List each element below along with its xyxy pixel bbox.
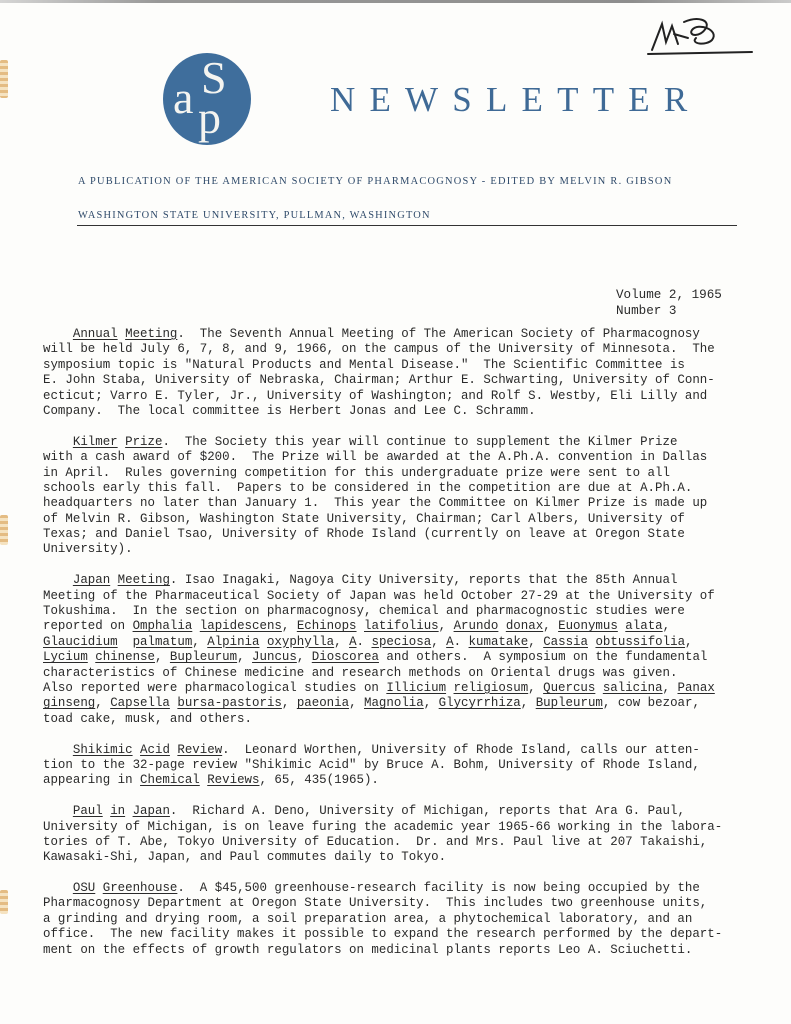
logo-letter-p: p: [198, 91, 221, 144]
asp-logo: a S p: [163, 53, 251, 145]
underlined-text: in: [110, 804, 125, 818]
text-segment: [43, 435, 73, 449]
text-segment: University).: [43, 542, 133, 556]
text-line: Texas; and Daniel Tsao, University of Rh…: [43, 527, 783, 542]
text-segment: [133, 743, 140, 757]
underlined-text: Omphalia: [133, 619, 193, 633]
text-segment: with a cash award of $200. The Prize wil…: [43, 450, 707, 464]
text-line: Shikimic Acid Review. Leonard Worthen, U…: [43, 743, 783, 758]
text-segment: Tokushima. In the section on pharmacogno…: [43, 604, 685, 618]
newsletter-body: Annual Meeting. The Seventh Annual Meeti…: [43, 327, 783, 973]
underlined-text: A: [349, 635, 356, 649]
underlined-text: Chemical: [140, 773, 200, 787]
underlined-text: Paul: [73, 804, 103, 818]
underlined-text: salicina: [603, 681, 663, 695]
text-segment: Kawasaki-Shi, Japan, and Paul commutes d…: [43, 850, 446, 864]
text-segment: [595, 681, 602, 695]
text-line: Annual Meeting. The Seventh Annual Meeti…: [43, 327, 783, 342]
text-segment: ,: [543, 619, 558, 633]
text-line: Kilmer Prize. The Society this year will…: [43, 435, 783, 450]
number-label: Number 3: [616, 304, 722, 320]
text-segment: ,: [237, 650, 252, 664]
text-segment: Meeting of the Pharmaceutical Society of…: [43, 589, 715, 603]
text-segment: tories of T. Abe, Tokyo University of Ed…: [43, 835, 707, 849]
paper-stain: [0, 515, 8, 545]
header-rule: [77, 225, 737, 226]
underlined-text: Greenhouse: [103, 881, 178, 895]
text-segment: [43, 881, 73, 895]
underlined-text: Echinops: [297, 619, 357, 633]
text-line: University).: [43, 542, 783, 557]
text-segment: [43, 327, 73, 341]
paragraph-kilmer-prize: Kilmer Prize. The Society this year will…: [43, 435, 783, 558]
underlined-text: Prize: [125, 435, 162, 449]
text-segment: E. John Staba, University of Nebraska, C…: [43, 373, 715, 387]
underlined-text: lapidescens: [200, 619, 282, 633]
text-segment: ,: [155, 650, 170, 664]
text-segment: schools early this fall. Papers to be co…: [43, 481, 692, 495]
text-line: Meeting of the Pharmaceutical Society of…: [43, 589, 783, 604]
underlined-text: Lycium: [43, 650, 88, 664]
text-line: ginseng, Capsella bursa-pastoris, paeoni…: [43, 696, 783, 711]
underlined-text: Cassia: [543, 635, 588, 649]
underlined-text: Illicium: [386, 681, 446, 695]
text-segment: ,: [521, 696, 536, 710]
underlined-text: ginseng: [43, 696, 95, 710]
text-segment: symposium topic is "Natural Products and…: [43, 358, 685, 372]
underlined-text: religiosum: [454, 681, 529, 695]
paragraph-japan-meeting: Japan Meeting. Isao Inagaki, Nagoya City…: [43, 573, 783, 727]
underlined-text: Alpinia: [207, 635, 259, 649]
university-line: WASHINGTON STATE UNIVERSITY, PULLMAN, WA…: [78, 210, 431, 221]
underlined-text: speciosa: [371, 635, 431, 649]
underlined-text: Dioscorea: [312, 650, 379, 664]
text-segment: . The Society this year will continue to…: [162, 435, 677, 449]
text-segment: ,: [685, 635, 692, 649]
newsletter-title: NEWSLETTER: [330, 80, 701, 120]
underlined-text: Juncus: [252, 650, 297, 664]
underlined-text: obtussifolia: [595, 635, 685, 649]
text-segment: Pharmacognosy Department at Oregon State…: [43, 896, 707, 910]
text-segment: Company. The local committee is Herbert …: [43, 404, 536, 418]
text-segment: [446, 681, 453, 695]
text-segment: ,: [528, 681, 543, 695]
text-line: E. John Staba, University of Nebraska, C…: [43, 373, 783, 388]
text-line: in April. Rules governing competition fo…: [43, 466, 783, 481]
text-segment: ,: [192, 635, 207, 649]
text-line: Japan Meeting. Isao Inagaki, Nagoya City…: [43, 573, 783, 588]
text-line: appearing in Chemical Reviews, 65, 435(1…: [43, 773, 783, 788]
text-segment: . The Seventh Annual Meeting of The Amer…: [177, 327, 699, 341]
text-line: Glaucidium palmatum, Alpinia oxyphylla, …: [43, 635, 783, 650]
text-line: will be held July 6, 7, 8, and 9, 1966, …: [43, 342, 783, 357]
page-top-edge: [0, 0, 791, 3]
text-line: toad cake, musk, and others.: [43, 712, 783, 727]
underlined-text: Bupleurum: [536, 696, 603, 710]
text-segment: [118, 327, 125, 341]
text-line: schools early this fall. Papers to be co…: [43, 481, 783, 496]
underlined-text: Meeting: [118, 573, 170, 587]
underlined-text: latifolius: [364, 619, 439, 633]
underlined-text: palmatum: [133, 635, 193, 649]
text-line: Kawasaki-Shi, Japan, and Paul commutes d…: [43, 850, 783, 865]
underlined-text: alata: [625, 619, 662, 633]
text-line: Paul in Japan. Richard A. Deno, Universi…: [43, 804, 783, 819]
underlined-text: Glaucidium: [43, 635, 118, 649]
text-line: symposium topic is "Natural Products and…: [43, 358, 783, 373]
text-segment: toad cake, musk, and others.: [43, 712, 252, 726]
text-line: Tokushima. In the section on pharmacogno…: [43, 604, 783, 619]
logo-letter-a: a: [173, 71, 193, 124]
text-line: ecticut; Varro E. Tyler, Jr., University…: [43, 389, 783, 404]
text-segment: ,: [334, 635, 349, 649]
text-segment: ,: [349, 696, 364, 710]
underlined-text: Kilmer: [73, 435, 118, 449]
underlined-text: Japan: [73, 573, 110, 587]
text-segment: appearing in: [43, 773, 140, 787]
text-segment: ment on the effects of growth regulators…: [43, 943, 692, 957]
underlined-text: Review: [177, 743, 222, 757]
text-segment: will be held July 6, 7, 8, and 9, 1966, …: [43, 342, 715, 356]
text-segment: [118, 635, 133, 649]
paragraph-annual-meeting: Annual Meeting. The Seventh Annual Meeti…: [43, 327, 783, 419]
text-segment: reported on: [43, 619, 133, 633]
text-line: reported on Omphalia lapidescens, Echino…: [43, 619, 783, 634]
underlined-text: Magnolia: [364, 696, 424, 710]
text-segment: [125, 804, 132, 818]
text-segment: characteristics of Chinese medicine and …: [43, 666, 677, 680]
underlined-text: Acid: [140, 743, 170, 757]
text-line: with a cash award of $200. The Prize wil…: [43, 450, 783, 465]
text-segment: , 65, 435(1965).: [259, 773, 378, 787]
text-segment: ,: [528, 635, 543, 649]
text-segment: [43, 743, 73, 757]
underlined-text: Japan: [133, 804, 170, 818]
underlined-text: Bupleurum: [170, 650, 237, 664]
text-segment: [498, 619, 505, 633]
underlined-text: donax: [506, 619, 543, 633]
text-segment: ecticut; Varro E. Tyler, Jr., University…: [43, 389, 707, 403]
text-line: headquarters no later than January 1. Th…: [43, 496, 783, 511]
text-segment: a grinding and drying room, a soil prepa…: [43, 912, 692, 926]
paper-stain: [0, 890, 8, 914]
issue-info: Volume 2, 1965Number 3: [616, 288, 722, 319]
text-segment: [259, 635, 266, 649]
text-segment: [192, 619, 199, 633]
paragraph-paul-in-japan: Paul in Japan. Richard A. Deno, Universi…: [43, 804, 783, 866]
text-segment: office. The new facility makes it possib…: [43, 927, 722, 941]
underlined-text: Reviews: [207, 773, 259, 787]
text-segment: [43, 804, 73, 818]
publication-line: A PUBLICATION OF THE AMERICAN SOCIETY OF…: [78, 176, 672, 187]
text-segment: tion to the 32-page review "Shikimic Aci…: [43, 758, 700, 772]
underlined-text: Euonymus: [558, 619, 618, 633]
text-segment: [118, 435, 125, 449]
underlined-text: Panax: [677, 681, 714, 695]
text-segment: [357, 619, 364, 633]
underlined-text: Quercus: [543, 681, 595, 695]
text-line: characteristics of Chinese medicine and …: [43, 666, 783, 681]
text-line: OSU Greenhouse. A $45,500 greenhouse-res…: [43, 881, 783, 896]
underlined-text: A: [446, 635, 453, 649]
text-segment: University of Michigan, is on leave furi…: [43, 820, 722, 834]
underlined-text: chinense: [95, 650, 155, 664]
underlined-text: paeonia: [297, 696, 349, 710]
text-line: tion to the 32-page review "Shikimic Aci…: [43, 758, 783, 773]
text-segment: .: [357, 635, 372, 649]
text-segment: of Melvin R. Gibson, Washington State Un…: [43, 512, 685, 526]
text-line: University of Michigan, is on leave furi…: [43, 820, 783, 835]
text-segment: Texas; and Daniel Tsao, University of Rh…: [43, 527, 685, 541]
text-segment: in April. Rules governing competition fo…: [43, 466, 670, 480]
text-segment: . Leonard Worthen, University of Rhode I…: [222, 743, 700, 757]
underlined-text: Capsella: [110, 696, 170, 710]
text-line: of Melvin R. Gibson, Washington State Un…: [43, 512, 783, 527]
text-segment: Also reported were pharmacological studi…: [43, 681, 386, 695]
text-segment: ,: [297, 650, 312, 664]
text-line: Pharmacognosy Department at Oregon State…: [43, 896, 783, 911]
text-line: ment on the effects of growth regulators…: [43, 943, 783, 958]
underlined-text: Shikimic: [73, 743, 133, 757]
text-segment: ,: [663, 681, 678, 695]
text-segment: . A $45,500 greenhouse-research facility…: [177, 881, 699, 895]
text-segment: headquarters no later than January 1. Th…: [43, 496, 707, 510]
text-line: tories of T. Abe, Tokyo University of Ed…: [43, 835, 783, 850]
text-segment: and others. A symposium on the fundament…: [379, 650, 707, 664]
underlined-text: Glycyrrhiza: [439, 696, 521, 710]
text-line: office. The new facility makes it possib…: [43, 927, 783, 942]
text-segment: ,: [439, 619, 454, 633]
text-segment: ,: [282, 696, 297, 710]
text-segment: ,: [282, 619, 297, 633]
text-line: a grinding and drying room, a soil prepa…: [43, 912, 783, 927]
text-segment: [110, 573, 117, 587]
handwritten-signature-icon: [640, 12, 760, 57]
text-segment: ,: [663, 619, 670, 633]
text-segment: [43, 573, 73, 587]
text-segment: , cow bezoar,: [603, 696, 700, 710]
text-segment: . Richard A. Deno, University of Michiga…: [170, 804, 685, 818]
paper-stain: [0, 60, 8, 98]
volume-label: Volume 2, 1965: [616, 288, 722, 304]
underlined-text: Annual: [73, 327, 118, 341]
text-segment: ,: [424, 696, 439, 710]
text-segment: [95, 881, 102, 895]
text-segment: .: [454, 635, 469, 649]
text-segment: ,: [95, 696, 110, 710]
text-line: Lycium chinense, Bupleurum, Juncus, Dios…: [43, 650, 783, 665]
text-segment: . Isao Inagaki, Nagoya City University, …: [170, 573, 678, 587]
paragraph-shikimic-acid-review: Shikimic Acid Review. Leonard Worthen, U…: [43, 743, 783, 789]
text-line: Also reported were pharmacological studi…: [43, 681, 783, 696]
underlined-text: bursa-pastoris: [177, 696, 282, 710]
underlined-text: kumatake: [469, 635, 529, 649]
underlined-text: OSU: [73, 881, 95, 895]
underlined-text: Meeting: [125, 327, 177, 341]
text-line: Company. The local committee is Herbert …: [43, 404, 783, 419]
underlined-text: oxyphylla: [267, 635, 334, 649]
paragraph-osu-greenhouse: OSU Greenhouse. A $45,500 greenhouse-res…: [43, 881, 783, 958]
text-segment: ,: [431, 635, 446, 649]
underlined-text: Arundo: [454, 619, 499, 633]
